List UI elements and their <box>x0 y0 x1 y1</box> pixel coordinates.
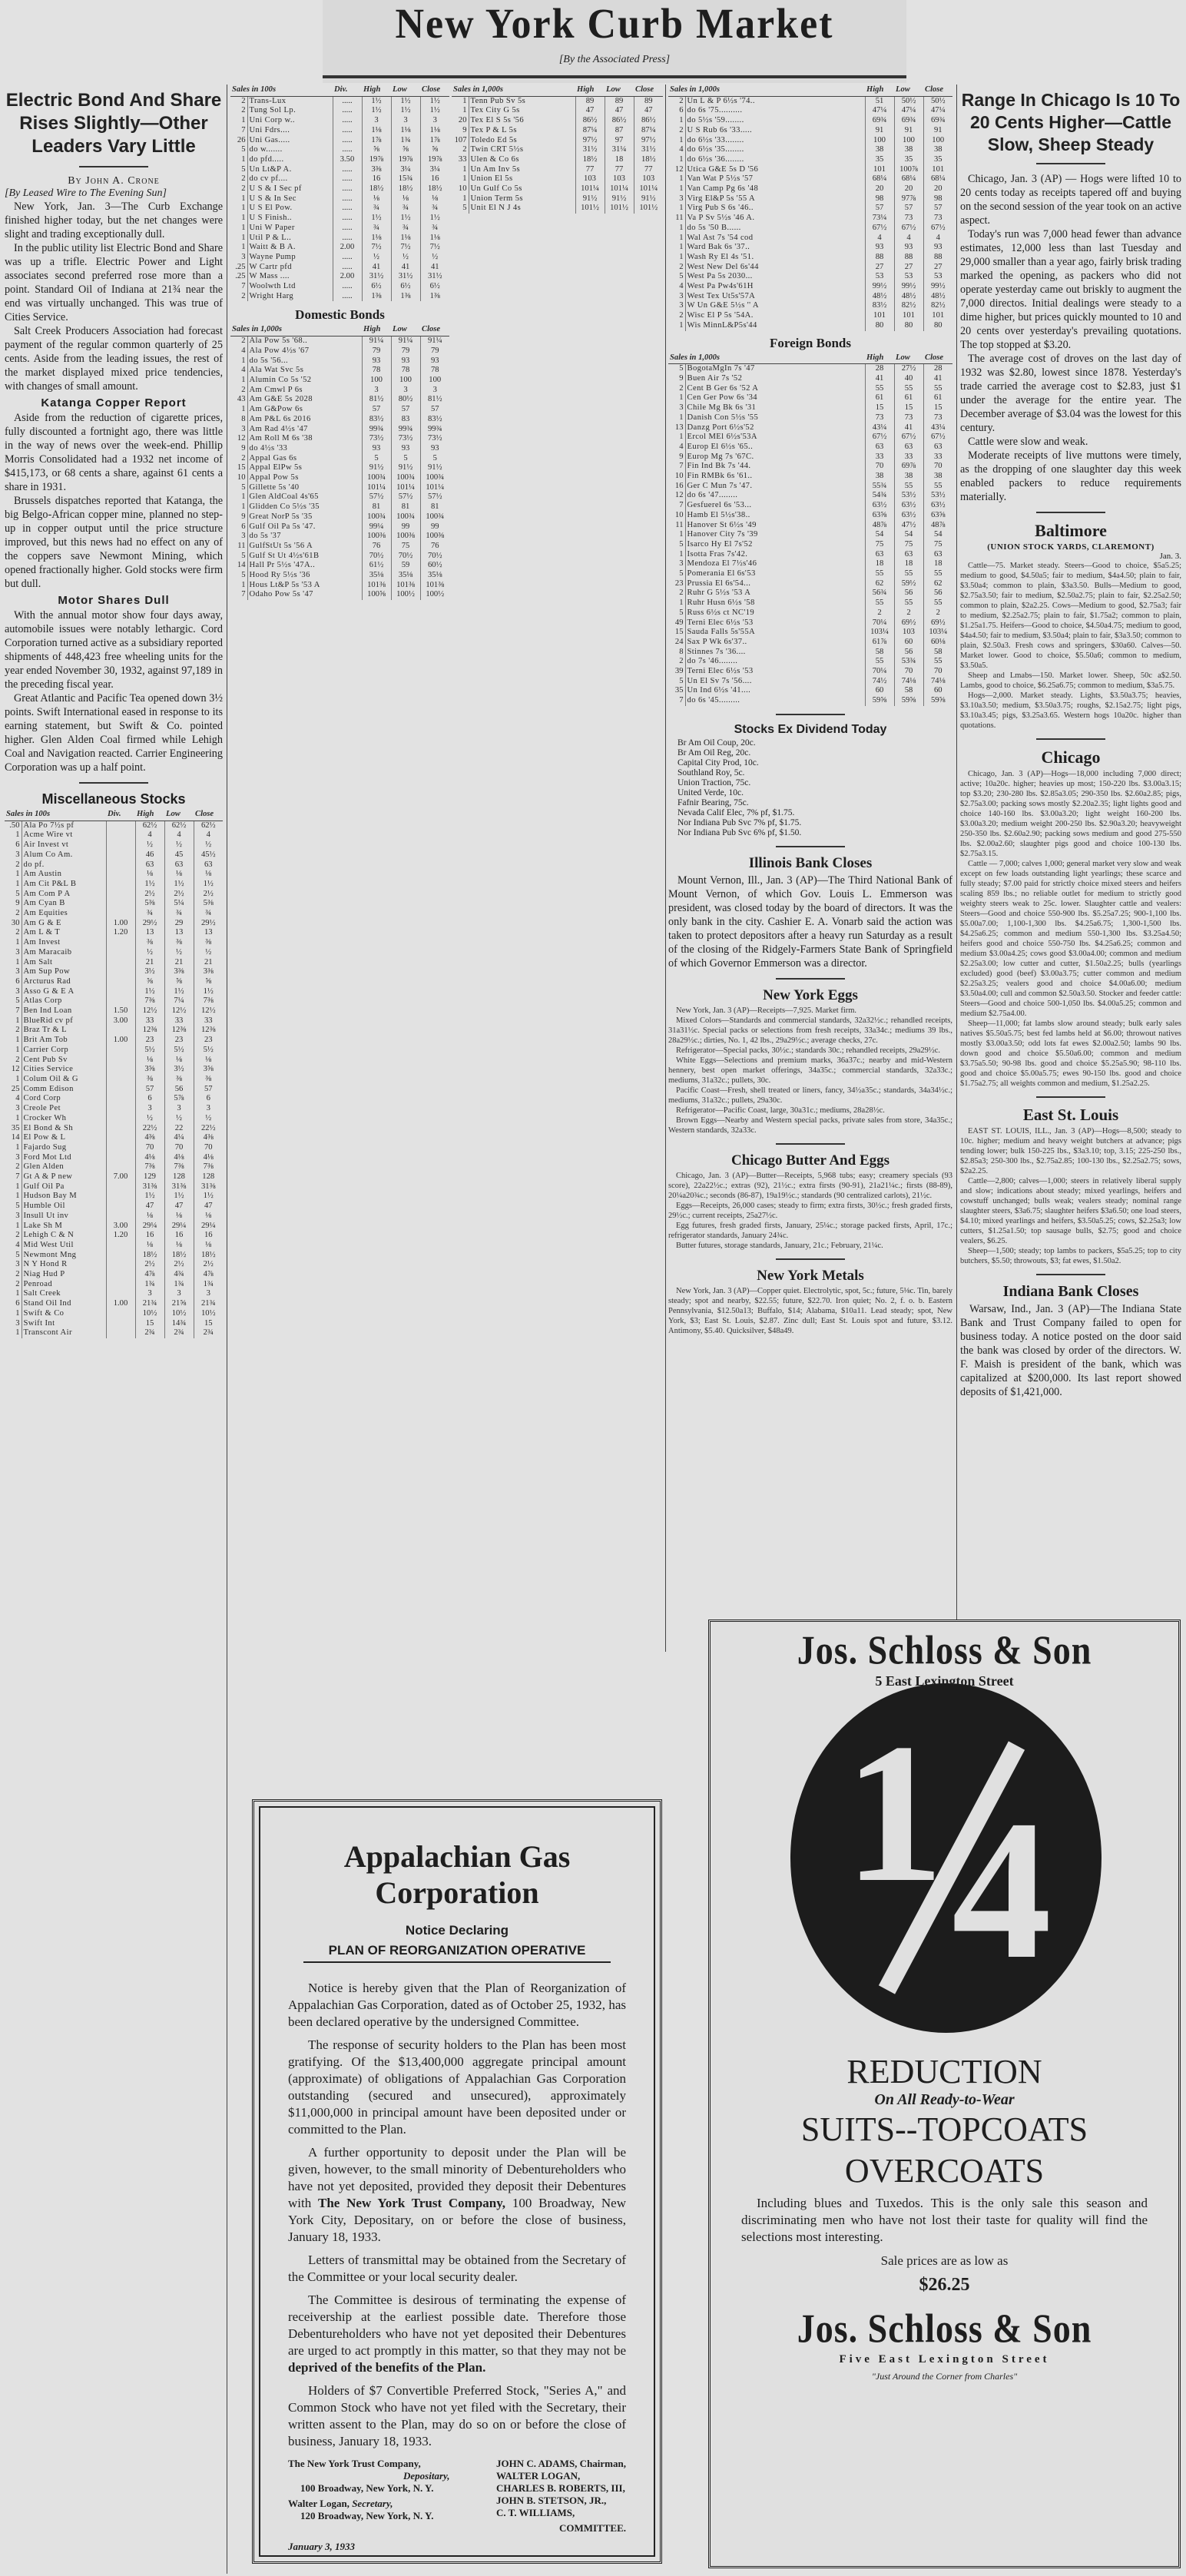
table-row: 2Un L & P 6½s '74..5150½50½ <box>668 96 952 106</box>
table-row: 1Am G&Pow 6s575757 <box>230 405 449 415</box>
table-row: 14Hall Pr 5½s '47A..61½5960½ <box>230 561 449 571</box>
table-row: 1Hanover City 7s '39545454 <box>668 530 952 540</box>
livestock-body: Chicago, Jan. 3 (AP) — Hogs were lifted … <box>960 172 1181 504</box>
table-row: 12Cities Service3⅝3½3⅝ <box>5 1065 223 1075</box>
table-row: 5Unit El N J 4s101½101½101½ <box>452 204 663 214</box>
table-row: 1Glidden Co 5½s '35818181 <box>230 502 449 512</box>
list-item: Union Traction, 75c. <box>677 778 952 788</box>
table-row: 2Am L & T1.20131313 <box>5 928 223 938</box>
ny-eggs-body: New York, Jan. 3 (AP)—Receipts—7,925. Ma… <box>668 1006 952 1135</box>
table-row: 3Mendoza El 7½s'46181818 <box>668 559 952 569</box>
table-row: 1do pfd.....3.5019⅞19⅞19⅞ <box>230 155 449 165</box>
table-row: 1Hous Lt&P 5s '53 A101⅜101⅜101⅜ <box>230 581 449 591</box>
overcoats: OVERCOATS <box>711 2150 1178 2192</box>
subhead-motor: Motor Shares Dull <box>5 594 223 607</box>
masthead-title: New York Curb Market <box>323 0 906 51</box>
east-st-louis-title: East St. Louis <box>960 1106 1181 1125</box>
table-row: 8Am P&L 6s 201683½8383½ <box>230 415 449 425</box>
table-row: 4Europ El 6½s '65..636363 <box>668 443 952 453</box>
table-row: 12Utica G&E 5s D '56101100⅞101 <box>668 165 952 175</box>
table-row: 3do 5s '37100⅜100⅜100⅜ <box>230 532 449 542</box>
table-row: 1do 6½s '36........353535 <box>668 155 952 165</box>
table-row: 9Europ Mg 7s '67C.333333 <box>668 453 952 462</box>
list-item: Capital City Prod, 10c. <box>677 758 952 768</box>
stocks-table-continued: Sales in 100s Div. High Low Close 2Trans… <box>230 85 449 301</box>
table-row: 20Tex El S 5s '5686½86½86½ <box>452 116 663 126</box>
east-st-louis-body: EAST ST. LOUIS, ILL., Jan. 3 (AP)—Hogs—8… <box>960 1126 1181 1266</box>
bonds-column-3: Sales in 1,000s High Low Close 1Tenn Pub… <box>452 85 663 214</box>
table-row: 1Waitt & B A.2.007½7½7½ <box>230 243 449 253</box>
list-item: JOHN C. ADAMS, Chairman, <box>496 2458 626 2470</box>
table-row: 1Ercol MEl 6½s'53A67½67½67½ <box>668 433 952 443</box>
table-row: 2Penroad1¾1¾1¾ <box>5 1280 223 1290</box>
curb-story-column: Electric Bond And Share Rises Slightly—O… <box>5 85 223 1338</box>
newspaper-page: New York Curb Market [By the Associated … <box>0 0 1186 2576</box>
table-row: 1Cen Ger Pow 6s '34616161 <box>668 393 952 403</box>
misc-stocks-table: Sales in 100s Div. High Low Close .50Ala… <box>5 809 223 1338</box>
table-row: 1Util P & L.......1⅛1⅛1⅛ <box>230 234 449 244</box>
indiana-bank-title: Indiana Bank Closes <box>960 1283 1181 1301</box>
table-row: 2Cent B Ger 6s '52 A555555 <box>668 384 952 394</box>
table-row: 2Niag Hud P4⅞4¾4⅞ <box>5 1270 223 1280</box>
table-row: 3N Y Hond R2½2½2½ <box>5 1260 223 1270</box>
table-row: 3Insull Ut inv⅛⅛⅛ <box>5 1212 223 1222</box>
divider <box>1036 738 1105 740</box>
table-row: 3Alum Co Am.464545½ <box>5 850 223 860</box>
table-row: 16Ger C Mun 7s '47.55¾5555 <box>668 482 952 492</box>
table-row: 3Creole Pet333 <box>5 1104 223 1114</box>
table-row: 1BlueRid cv pf3.00333333 <box>5 1016 223 1026</box>
table-row: 2Lehigh C & N1.20161616 <box>5 1231 223 1241</box>
table-row: 2do cv pf.........1615¾16 <box>230 174 449 184</box>
table-row: 10Fin RMBk 6s '61..383838 <box>668 472 952 482</box>
table-row: 1U S El Pow......¾¾¾ <box>230 204 449 214</box>
chicago-butter-body: Chicago, Jan. 3 (AP)—Butter—Receipts, 5,… <box>668 1171 952 1251</box>
ny-metals-body: New York, Jan. 3 (AP)—Copper quiet. Elec… <box>668 1286 952 1336</box>
slogan: "Just Around the Corner from Charles" <box>711 2371 1178 2382</box>
table-row: 2Trans-Lux.....1½1½1½ <box>230 96 449 106</box>
table-row: 23Prussia El 6s'54...6259½62 <box>668 579 952 589</box>
table-row: 1Am Cit P&L B1½1½1½ <box>5 880 223 890</box>
list-item: Nor Indiana Pub Svc 7% pf, $1.75. <box>677 818 952 828</box>
table-row: 30Am G & E1.0029½2929½ <box>5 919 223 929</box>
divider <box>776 714 845 715</box>
table-row: 6Arcturus Rad⅝⅝⅝ <box>5 977 223 987</box>
footer-address: Five East Lexington Street <box>711 2353 1178 2366</box>
table-row: 10Un Gulf Co 5s101¼101¼101¼ <box>452 184 663 194</box>
curb-story-headline: Electric Bond And Share Rises Slightly—O… <box>5 89 223 158</box>
curb-story-body: New York, Jan. 3—The Curb Exchange finis… <box>5 200 223 393</box>
bonds-table-col5: Sales in 1,000s High Low Close 2Un L & P… <box>668 85 952 331</box>
table-row: 5Newmont Mng18½18½18½ <box>5 1251 223 1261</box>
table-row: 1Wash Ry El 4s '51.888888 <box>668 253 952 263</box>
list-item: United Verde, 10c. <box>677 788 952 798</box>
table-row: 7Gesfuerel 6s '53...63½63½63½ <box>668 501 952 511</box>
schloss-brand-bottom: Jos. Schloss & Son <box>711 2305 1178 2352</box>
table-row: 1Wal Ast 7s '54 cod444 <box>668 234 952 244</box>
list-item: Nevada Calif Elec, 7% pf, $1.75. <box>677 808 952 818</box>
table-row: 1Am Salt212121 <box>5 958 223 968</box>
table-row: 5BogotaMgIn 7s '472827½28 <box>668 364 952 374</box>
table-row: 7Gt A & P new7.00129128128 <box>5 1172 223 1182</box>
table-row: 11Va P Sv 5½s '46 A.73¼7373 <box>668 214 952 224</box>
foreign-bonds-table: Sales in 1,000s High Low Close 5BogotaMg… <box>668 353 952 706</box>
divider <box>776 978 845 980</box>
table-row: 1Un Am Inv 5s777777 <box>452 165 663 175</box>
table-row: 1Alumin Co 5s '52100100100 <box>230 376 449 386</box>
list-item: C. T. WILLIAMS, <box>496 2507 626 2519</box>
divider <box>776 1258 845 1260</box>
table-row: 1Brit Am Tob1.00232323 <box>5 1036 223 1046</box>
table-row: .50Ala Po 7½s pf62½62½62½ <box>5 821 223 830</box>
list-item: Nor Indiana Pub Svc 6% pf, $1.50. <box>677 828 952 838</box>
table-row: 1do 5½s '59........69¾69¾69¾ <box>668 116 952 126</box>
ad-notice: Notice Declaring <box>288 1923 626 1938</box>
divider <box>776 1143 845 1145</box>
table-row: 5Gulf St Ut 4½s'61B70½70½70½ <box>230 552 449 562</box>
table-row: 1Ward Bak 6s '37..939393 <box>668 243 952 253</box>
table-row: 35Un Ind 6½s '41....605860 <box>668 686 952 696</box>
table-row: 5West Pa 5s 2030...535353 <box>668 272 952 282</box>
table-row: 14El Pow & L4⅜4¼4⅜ <box>5 1133 223 1143</box>
ny-metals-title: New York Metals <box>668 1268 952 1285</box>
foreign-bonds-title: Foreign Bonds <box>668 336 952 351</box>
table-row: 6do 6s '75..........47¼47¼47¼ <box>668 106 952 116</box>
table-row: 3Chile Mg Bk 6s '31151515 <box>668 403 952 413</box>
baltimore-date: Jan. 3. <box>960 552 1181 561</box>
ad-body: Notice is hereby given that the Plan of … <box>288 1980 626 2450</box>
table-row: 25Comm Edison575657 <box>5 1085 223 1095</box>
table-row: 24Sax P Wk 6s'37..61⅞6060⅛ <box>668 638 952 648</box>
table-row: 5Un Lt&P A......3⅜3¼3¼ <box>230 165 449 175</box>
fraction-denominator: 4 <box>952 1775 1052 2005</box>
table-row: 2Wisc El P 5s '54A.101101101 <box>668 311 952 321</box>
table-row: 7Uni Fdrs.........1⅛1⅛1⅛ <box>230 126 449 136</box>
table-row: 1Fajardo Sug707070 <box>5 1143 223 1153</box>
schloss-body: Including blues and Tuxedos. This is the… <box>711 2192 1178 2249</box>
chicago-title: Chicago <box>960 748 1181 767</box>
divider <box>1036 163 1105 164</box>
table-row: 1Am Invest⅜⅜⅜ <box>5 938 223 948</box>
table-row: 9Buen Air 7s '52414041 <box>668 374 952 384</box>
divider <box>79 782 148 784</box>
indiana-bank-body: Warsaw, Ind., Jan. 3 (AP)—The Indiana St… <box>960 1302 1181 1399</box>
table-row: 2Am Equities¾¾¾ <box>5 909 223 919</box>
table-row: 1U S Finish.......1½1½1½ <box>230 214 449 224</box>
sale-label: Sale prices are as low as <box>711 2253 1178 2269</box>
table-row: 5do w............⅝⅝⅝ <box>230 145 449 155</box>
livestock-column: Range In Chicago Is 10 To 20 Cents Highe… <box>960 85 1181 1399</box>
appalachian-gas-ad: Appalachian Gas Corporation Notice Decla… <box>252 1799 662 2564</box>
domestic-bonds-title: Domestic Bonds <box>230 307 449 323</box>
list-item: JOHN B. STETSON, JR., <box>496 2495 626 2507</box>
table-row: 1Virg Pub S 6s '46..575757 <box>668 204 952 214</box>
baltimore-body: Cattle—75. Market steady. Steers—Good to… <box>960 561 1181 731</box>
table-row: 33Ulen & Co 6s18½1818½ <box>452 155 663 165</box>
table-row: 2do 7s '46........5553¾55 <box>668 657 952 667</box>
table-row: 9Tex P & L 5s87¼8787¼ <box>452 126 663 136</box>
masthead: New York Curb Market [By the Associated … <box>323 0 906 83</box>
table-row: 1do 5s '56...939393 <box>230 356 449 366</box>
ad-plan: PLAN OF REORGANIZATION OPERATIVE <box>303 1943 611 1963</box>
table-row: 2Braz Tr & L12⅜12⅜12⅜ <box>5 1026 223 1036</box>
table-row: 7Woolwth Ltd.....6½6½6½ <box>230 282 449 292</box>
table-row: 1Colum Oil & G⅜⅜⅜ <box>5 1075 223 1085</box>
table-row: 1Transcont Air2¾2¾2¾ <box>5 1328 223 1338</box>
table-row: .25W Cartr pfd.....414141 <box>230 263 449 273</box>
column-rule <box>665 85 666 1652</box>
table-row: 8Stinnes 7s '36....585658 <box>668 648 952 658</box>
table-row: 1Union El 5s103103103 <box>452 174 663 184</box>
table-row: 7Odaho Pow 5s '47100⅝100½100½ <box>230 590 449 600</box>
column-rule <box>227 85 227 2574</box>
table-row: 43Am G&E 5s 202881½80½81½ <box>230 395 449 405</box>
table-row: 1Danish Con 5½s '55737373 <box>668 413 952 423</box>
list-item: Southland Roy, 5c. <box>677 768 952 778</box>
table-row: 107Toledo Ed 5s97½9797½ <box>452 136 663 146</box>
table-row: 15Sauda Falls 5s'55A103¼103103¼ <box>668 628 952 638</box>
table-row: 1Isotta Fras 7s'42.636363 <box>668 550 952 560</box>
table-row: 7Ben Ind Loan1.5012½12½12½ <box>5 1006 223 1016</box>
table-row: 1Wis MinnL&P5s'44808080 <box>668 321 952 331</box>
schloss-ad: Jos. Schloss & Son 5 East Lexington Stre… <box>708 1620 1181 2568</box>
table-row: 3West Tex Ut5s'57A48½48½48½ <box>668 292 952 302</box>
table-row: 2Tung Sol Lp......1½1½1½ <box>230 106 449 116</box>
table-row: 1Crocker Wh½½½ <box>5 1114 223 1124</box>
table-row: 13Danzg Port 6½s'5243¼4143¼ <box>668 423 952 433</box>
masthead-subtitle: [By the Associated Press] <box>323 54 906 66</box>
table-row: 2Cent Pub Sv⅛⅛⅛ <box>5 1056 223 1066</box>
table-row: 5Russ 6½s ct NC'19222 <box>668 608 952 618</box>
table-row: 4Ala Wat Svc 5s787878 <box>230 366 449 376</box>
list-item: Br Am Oil Reg, 20c. <box>677 748 952 758</box>
table-row: 2U S Rub 6s '33.....919191 <box>668 126 952 136</box>
table-row: 5Atlas Corp7⅜7¼7⅜ <box>5 996 223 1006</box>
bonds-table-col4: Sales in 1,000s High Low Close 1Tenn Pub… <box>452 85 663 214</box>
illinois-bank-title: Illinois Bank Closes <box>668 855 952 872</box>
table-row: 1Carrier Corp5½5½5½ <box>5 1046 223 1056</box>
ad-signatures: The New York Trust Company, Depositary, … <box>288 2458 626 2553</box>
table-row: 1Van Wat P 5½s '5768¼68¼68¼ <box>668 174 952 184</box>
sale-price: $26.25 <box>711 2275 1178 2296</box>
reduction: REDUCTION <box>711 2052 1178 2091</box>
table-row: 2Glen Alden7⅜7⅜7⅜ <box>5 1162 223 1172</box>
table-row: 6Air Invest vt½½½ <box>5 840 223 850</box>
table-row: 15Appal ElPw 5s91½91½91½ <box>230 463 449 473</box>
table-row: 4Mid West Util⅛⅛⅛ <box>5 1241 223 1251</box>
table-row: 3Asso G & E A1½1½1½ <box>5 987 223 997</box>
table-row: 1Salt Creek333 <box>5 1289 223 1299</box>
column-rule <box>956 85 957 1659</box>
table-row: 6Gulf Oil Pa 5s '47.99¼9999 <box>230 522 449 532</box>
table-row: 35El Bond & Sh22½2222½ <box>5 1124 223 1134</box>
table-row: 2West New Del 6s'44272727 <box>668 263 952 273</box>
table-row: 3Am Sup Pow3½3⅜3⅜ <box>5 967 223 977</box>
table-row: 1Tenn Pub Sv 5s898989 <box>452 96 663 106</box>
divider <box>776 846 845 847</box>
table-row: 10Hamb El 5½s'38..63⅝63½63⅝ <box>668 511 952 521</box>
table-row: 1U S & In Sec.....⅛⅛⅛ <box>230 194 449 204</box>
table-row: 3Am Maracaib½½½ <box>5 948 223 958</box>
table-row: 9do 4½s '33939393 <box>230 444 449 454</box>
table-row: 4Cord Corp65⅞6 <box>5 1094 223 1104</box>
table-row: 7do 6s '45.........59⅝59⅝59⅝ <box>668 696 952 706</box>
table-row: 49Terni Elec 6½s '5370¼69½69½ <box>668 618 952 628</box>
table-row: 2U S & I Sec pf.....18½18½18½ <box>230 184 449 194</box>
table-row: 3W Un G&E 5½s '' A83½82½82½ <box>668 301 952 311</box>
table-row: 5Hood Ry 5½s '3635⅛35⅛35⅛ <box>230 571 449 581</box>
table-row: 3Wayne Pump.....½½½ <box>230 253 449 263</box>
table-row: 1Am Austin⅛⅛⅛ <box>5 870 223 880</box>
ad-title: Appalachian Gas Corporation <box>288 1838 626 1911</box>
livestock-headline: Range In Chicago Is 10 To 20 Cents Highe… <box>960 89 1181 155</box>
table-row: 1Ruhr Husn 6½s '58555555 <box>668 598 952 608</box>
baltimore-title: Baltimore <box>960 521 1181 541</box>
masthead-rule <box>323 75 906 78</box>
table-row: 1Van Camp Pg 6s '48202020 <box>668 184 952 194</box>
table-row: .25W Mass ....2.0031½31½31½ <box>230 272 449 282</box>
table-row: 3Swift Int1514¾15 <box>5 1319 223 1329</box>
ex-dividend-title: Stocks Ex Dividend Today <box>668 723 952 737</box>
table-row: 7Fin Ind Bk 7s '44.7069⅞70 <box>668 462 952 472</box>
table-row: 2Appal Gas 6s555 <box>230 454 449 464</box>
table-row: 2do pf.636363 <box>5 860 223 870</box>
quarter-off-emblem: 1 4 <box>790 1683 1102 2033</box>
table-row: 1Union Term 5s91½91½91½ <box>452 194 663 204</box>
table-row: 4West Pa Pw4s'61H99½99½99½ <box>668 282 952 292</box>
table-row: 1Uni W Paper.....¾¾¾ <box>230 224 449 234</box>
ny-eggs-title: New York Eggs <box>668 987 952 1004</box>
table-row: 1Swift & Co10½10½10½ <box>5 1309 223 1319</box>
table-row: 26Uni Gas..........1⅞1¾1⅞ <box>230 136 449 146</box>
table-row: 1Uni Corp w.......333 <box>230 116 449 126</box>
table-row: 3Am Rad 4½s '4799¾99¾99¾ <box>230 425 449 435</box>
table-row: 2Wright Harg.....1⅜1⅜1⅜ <box>230 292 449 302</box>
table-row: 4Ala Pow 4½s '67797979 <box>230 346 449 356</box>
table-row: 39Terni Elec 6½s '5370¼7070 <box>668 667 952 677</box>
table-row: 9Great NorP 5s '35100¾100¾100¾ <box>230 512 449 522</box>
table-row: 6Stand Oil Ind1.0021¾21⅝21¾ <box>5 1299 223 1309</box>
table-row: 3Ford Mot Ltd4⅛4⅛4⅛ <box>5 1153 223 1163</box>
table-row: 11GulfStUt 5s '56 A767576 <box>230 542 449 552</box>
table-row: 5Am Com P A2½2½2½ <box>5 890 223 900</box>
baltimore-subtitle: (UNION STOCK YARDS, CLAREMONT) <box>960 542 1181 552</box>
chicago-body: Chicago, Jan. 3 (AP)—Hogs—18,000 includi… <box>960 769 1181 1089</box>
divider <box>79 166 148 167</box>
list-item: Fafnir Bearing, 75c. <box>677 798 952 808</box>
list-item: Br Am Oil Coup, 20c. <box>677 738 952 748</box>
table-row: 3Virg El&P 5s '55 A9897⅞98 <box>668 194 952 204</box>
table-row: 2Ruhr G 5½s '53 A56¾5656 <box>668 588 952 598</box>
subhead-katanga: Katanga Copper Report <box>5 396 223 409</box>
byline: By John A. Crone <box>5 175 223 187</box>
table-row: 2Twin CRT 5½s31½31¼31½ <box>452 145 663 155</box>
table-row: 1do 5s '50 B......67½67½67½ <box>668 224 952 234</box>
divider <box>1036 1096 1105 1098</box>
table-row: 11Hanover St 6½s '4948⅞47½48⅞ <box>668 521 952 531</box>
wire-credit: [By Leased Wire to The Evening Sun] <box>5 187 223 200</box>
illinois-bank-body: Mount Vernon, Ill., Jan. 3 (AP)—The Thir… <box>668 874 952 970</box>
divider <box>1036 1274 1105 1275</box>
stocks-column-2: Sales in 100s Div. High Low Close 2Trans… <box>230 85 449 600</box>
table-row: 1Acme Wire vt444 <box>5 830 223 840</box>
ex-dividend-list: Br Am Oil Coup, 20c.Br Am Oil Reg, 20c.C… <box>668 738 952 838</box>
list-item: CHARLES B. ROBERTS, III, <box>496 2482 626 2495</box>
table-row: 1Gulf Oil Pa31⅜31⅜31⅜ <box>5 1182 223 1192</box>
suits-topcoats: SUITS--TOPCOATS <box>711 2109 1178 2150</box>
table-row: 12do 6s '47........54¾53½53½ <box>668 491 952 501</box>
list-item: WALTER LOGAN, <box>496 2470 626 2482</box>
table-row: 12Am Roll M 6s '3873½73½73½ <box>230 434 449 444</box>
table-row: 10Appal Pow 5s100¾100¾100¾ <box>230 473 449 483</box>
divider <box>1036 512 1105 513</box>
table-row: 5Gillette 5s '40101¼101¼101¼ <box>230 483 449 493</box>
table-row: 2Am Cmwl P 6s333 <box>230 386 449 396</box>
bonds-column-4: Sales in 1,000s High Low Close 2Un L & P… <box>668 85 952 1336</box>
schloss-brand-top: Jos. Schloss & Son <box>711 1626 1178 1673</box>
misc-stocks-title: Miscellaneous Stocks <box>5 791 223 807</box>
table-row: 5Isarco Hy El 7s'52757575 <box>668 540 952 550</box>
table-row: 5Pomerania El 6s'53555555 <box>668 569 952 579</box>
table-row: 5Humble Oil474747 <box>5 1202 223 1212</box>
table-row: 1Glen AldCoal 4s'6557½57½57½ <box>230 492 449 502</box>
chicago-butter-title: Chicago Butter And Eggs <box>668 1152 952 1169</box>
table-row: 1Tex City G 5s474747 <box>452 106 663 116</box>
table-row: 1Hudson Bay M1½1½1½ <box>5 1192 223 1202</box>
table-row: 9Am Cyan B5⅜5¼5⅜ <box>5 899 223 909</box>
table-row: 2Ala Pow 5s '68..91¼91¼91¼ <box>230 337 449 346</box>
table-row: 4do 6½s '35........383838 <box>668 145 952 155</box>
tagline: On All Ready-to-Wear <box>711 2091 1178 2109</box>
table-row: 1Lake Sh M3.0029¼29¼29¼ <box>5 1222 223 1232</box>
domestic-bonds-table: Sales in 1,000s High Low Close 2Ala Pow … <box>230 324 449 600</box>
table-row: 5Un El Sv 7s '56....74½74⅛74⅛ <box>668 677 952 687</box>
table-row: 1do 6½s '33........100100100 <box>668 136 952 146</box>
